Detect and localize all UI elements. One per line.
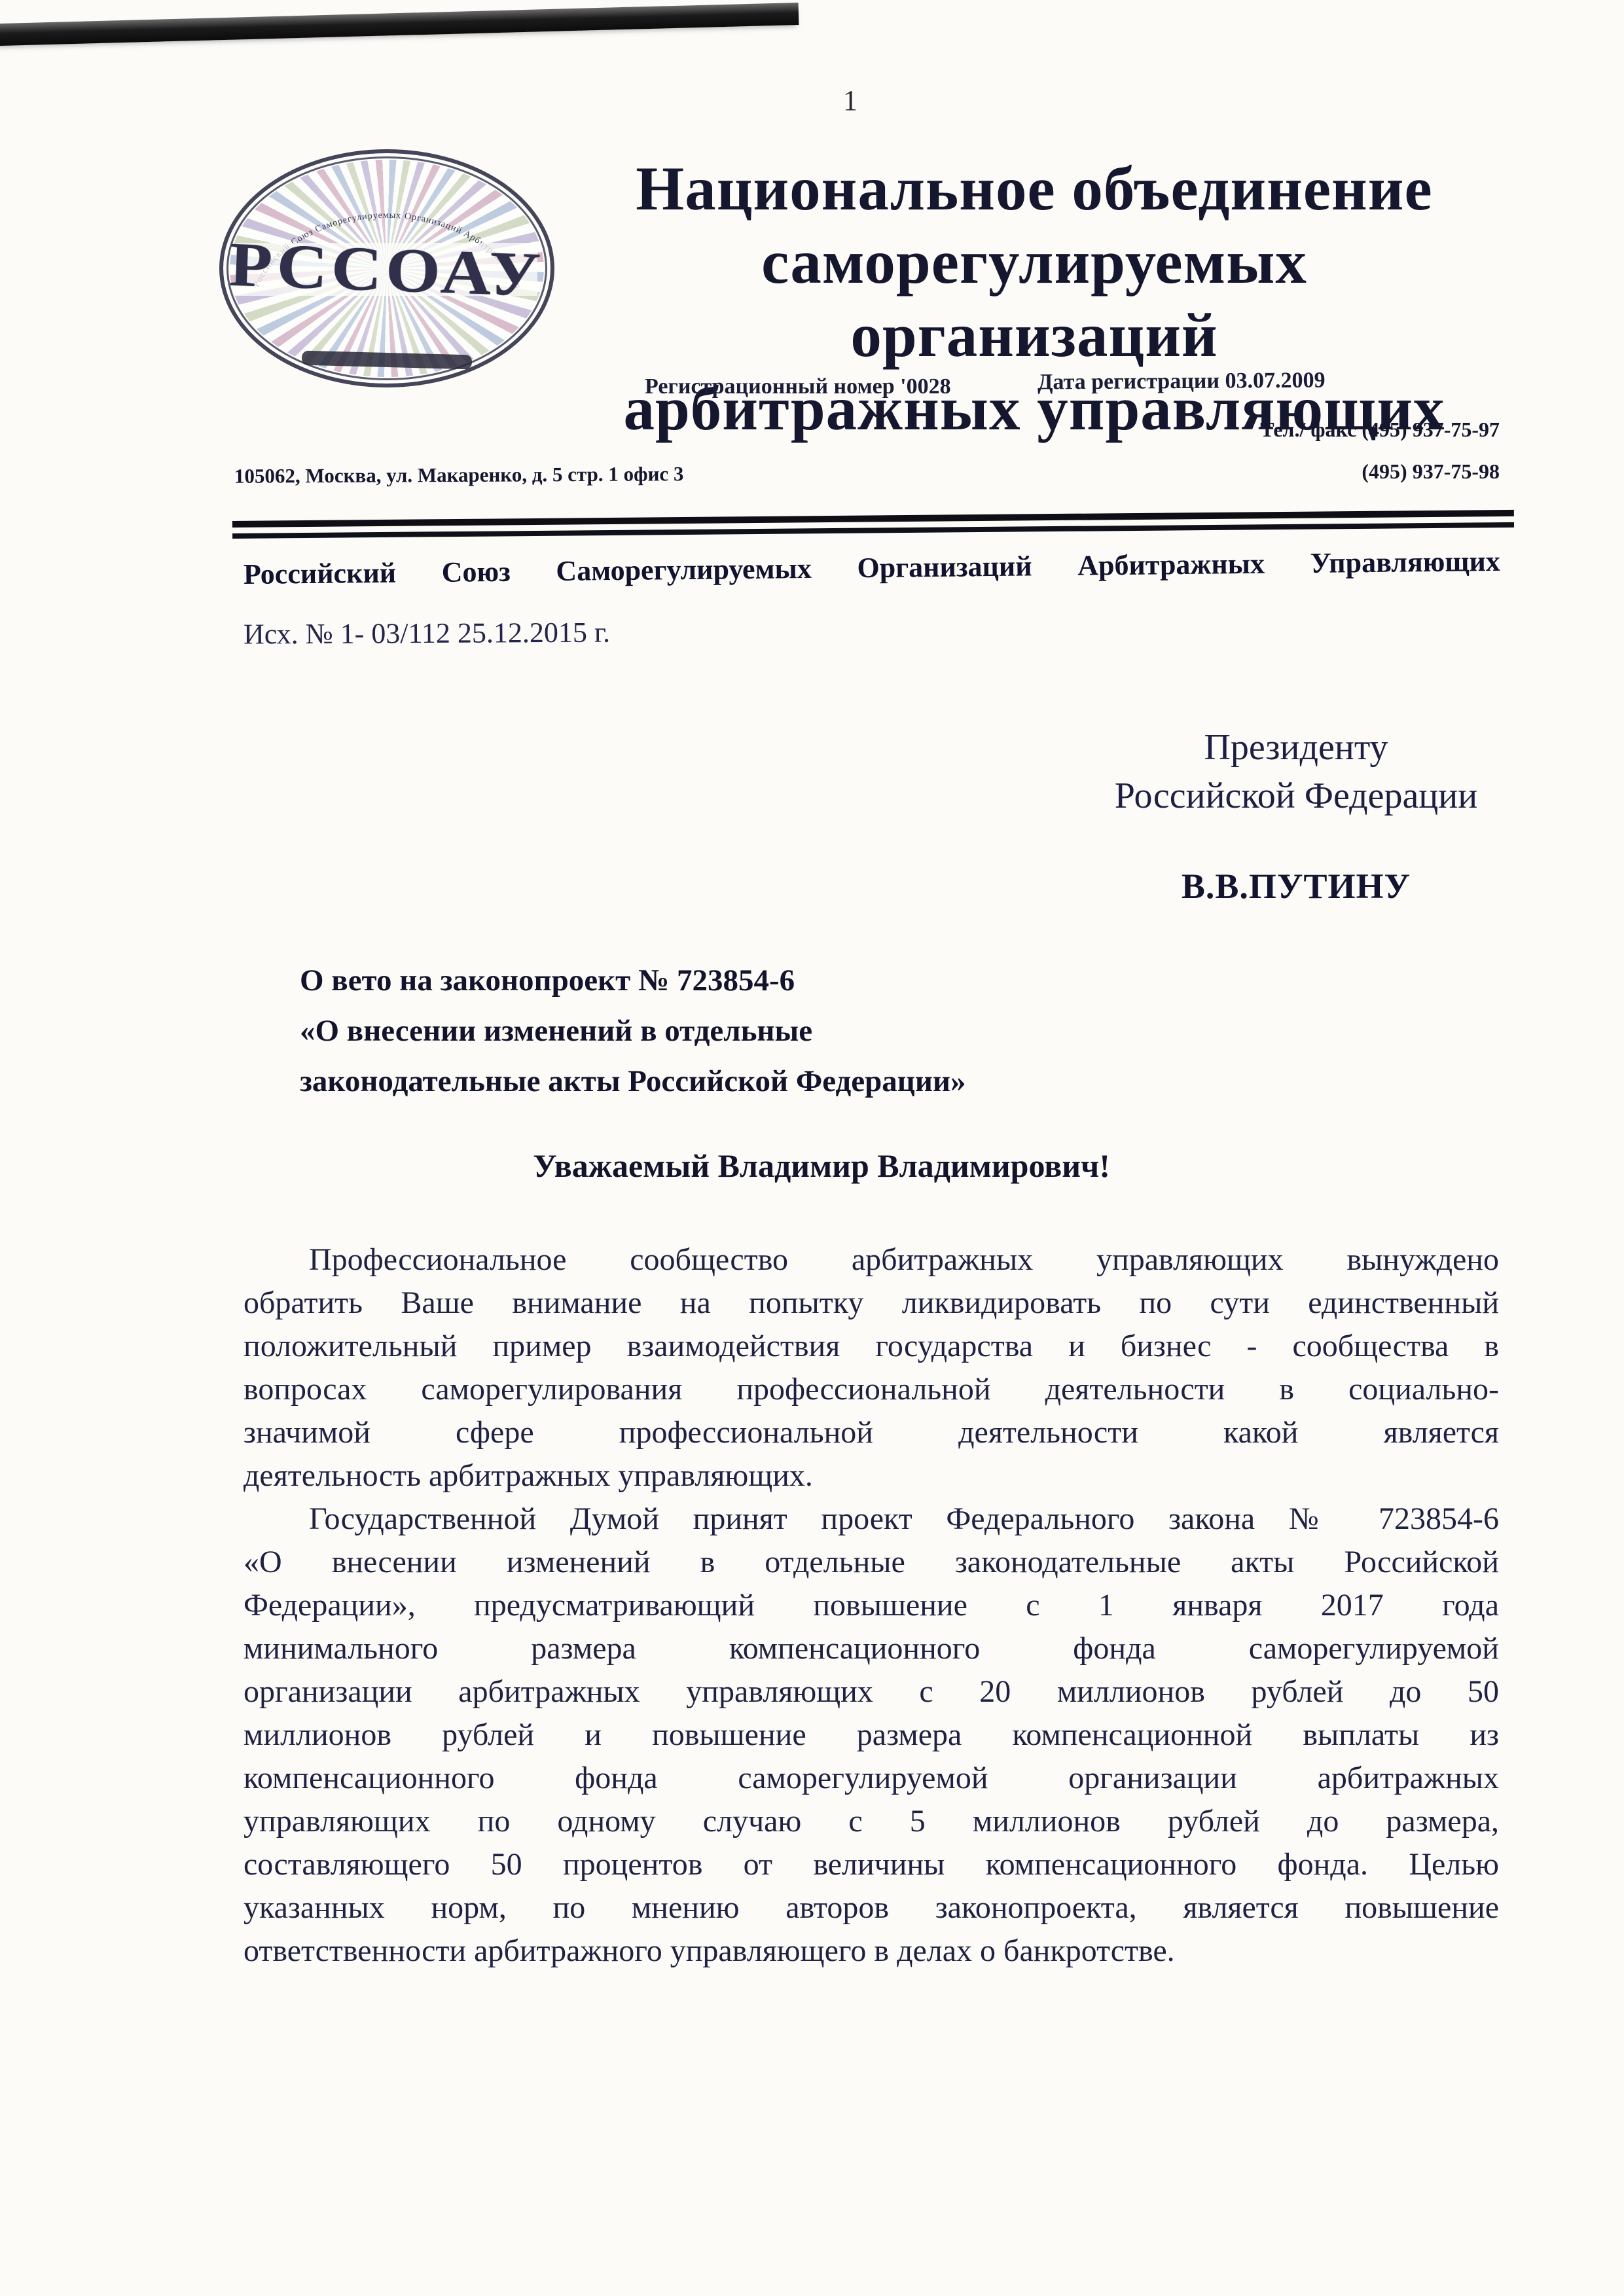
rssoau-logo-seal: Российский Союз Саморегулируемых Организ… (219, 149, 554, 387)
body-line: ответственности арбитражного управляющег… (244, 1929, 1499, 1973)
body-line: указанных норм, по мнению авторов законо… (244, 1886, 1499, 1929)
body-line: вопросах саморегулирования профессиональ… (244, 1368, 1499, 1411)
salutation: Уважаемый Владимир Владимирович! (193, 1147, 1450, 1185)
logo-abbr-text: РССОАУ (228, 228, 546, 312)
body-line: минимального размера компенсационного фо… (244, 1627, 1499, 1670)
subject-block: О вето на законопроект № 723854-6 «О вне… (300, 956, 1085, 1107)
phone-fax-line2: (495) 937-75-98 (1362, 459, 1500, 484)
logo-band: РССОАУ (236, 243, 537, 296)
body-line: Государственной Думой принят проект Феде… (244, 1498, 1499, 1541)
body-line: управляющих по одному случаю с 5 миллион… (244, 1800, 1499, 1843)
phone-fax-line1: Тел./ факс (495) 937-75-97 (1260, 418, 1500, 442)
letterhead-title-line2: саморегулируемых организаций (576, 225, 1492, 372)
body-line: организации арбитражных управляющих с 20… (244, 1670, 1499, 1713)
body-line: значимой сфере профессиональной деятельн… (244, 1411, 1499, 1454)
registration-number: Регистрационный номер '0028 (645, 374, 951, 399)
body-line: миллионов рублей и повышение размера ком… (244, 1713, 1499, 1757)
body-line: обратить Ваше внимание на попытку ликвид… (244, 1282, 1499, 1325)
letterhead-divider (232, 510, 1514, 539)
registration-date: Дата регистрации 03.07.2009 (1038, 368, 1326, 395)
body-line: компенсационного фонда саморегулируемой … (244, 1757, 1499, 1800)
addressee-line2: Российской Федерации (1067, 772, 1525, 820)
body-line: положительный пример взаимодействия госу… (244, 1325, 1499, 1368)
outgoing-reference-line: Исх. № 1- 03/112 25.12.2015 г. (244, 616, 610, 651)
body-line: деятельность арбитражных управляющих. (244, 1454, 1499, 1498)
organization-line: Российский Союз Саморегулируемых Организ… (244, 545, 1500, 591)
body-line: «О внесении изменений в отдельные законо… (244, 1541, 1499, 1584)
body-line: составляющего 50 процентов от величины к… (244, 1843, 1499, 1886)
subject-line1: О вето на законопроект № 723854-6 (300, 956, 1085, 1006)
letter-body: Профессиональное сообщество арбитражных … (244, 1238, 1499, 1973)
letterhead-title: Национальное объединение саморегулируемы… (576, 152, 1492, 445)
letterhead-address: 105062, Москва, ул. Макаренко, д. 5 стр.… (234, 462, 684, 488)
body-line: Профессиональное сообщество арбитражных … (244, 1238, 1499, 1282)
letterhead-title-line1: Национальное объединение (576, 152, 1492, 225)
subject-line2: «О внесении изменений в отдельные (300, 1006, 1085, 1056)
addressee-line1: Президенту (1067, 723, 1525, 772)
addressee-block: Президенту Российской Федерации В.В.ПУТИ… (1067, 723, 1525, 910)
scan-artifact-top-edge (0, 3, 799, 46)
page-number: 1 (843, 84, 857, 117)
body-line: Федерации», предусматривающий повышение … (244, 1584, 1499, 1627)
addressee-name: В.В.ПУТИНУ (1067, 862, 1525, 910)
subject-line3: законодательные акты Российской Федераци… (300, 1056, 1085, 1107)
scanned-letter-page: 1 Российский Союз Саморегулируемых Орган… (0, 0, 1624, 2296)
